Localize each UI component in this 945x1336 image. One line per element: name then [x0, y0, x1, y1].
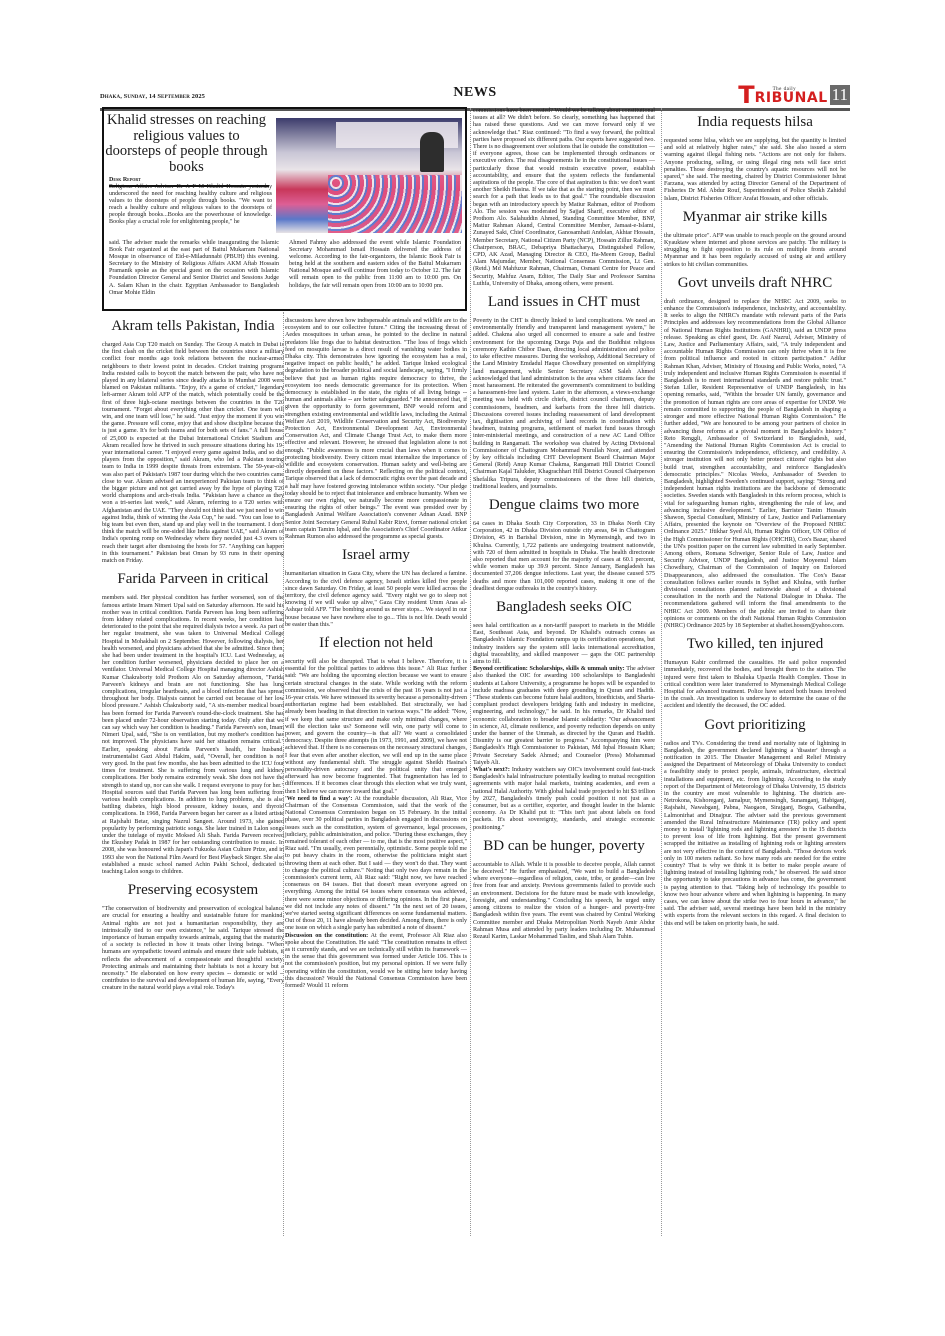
article-dengue-body: 64 cases in Dhaka South City Corporation…	[473, 521, 655, 593]
photo-speaker	[420, 132, 444, 172]
headline-farida: Farida Parveen in critical	[102, 571, 284, 588]
article-ecosystem-continued: discussions have shown how indispensable…	[285, 318, 467, 541]
subhead: Discussion on the constitution:	[285, 933, 368, 939]
subhead: 'We need to find a way':	[285, 796, 352, 802]
logo-wordmark: The dailyRIBUNAL	[755, 91, 828, 105]
column-divider	[470, 108, 471, 1236]
lead-headline: Khalid stresses on reaching religious va…	[104, 113, 269, 175]
article-farida-body: members said. Her physical condition has…	[102, 595, 284, 876]
column-divider	[283, 312, 284, 1236]
headline-dengue: Dengue claims two more	[473, 497, 655, 514]
column-4: India requests hilsa requested some hils…	[664, 108, 846, 928]
article-oic-body: sees halal certification as a non-tariff…	[473, 623, 655, 666]
headline-hunger: BD can be hunger, poverty	[473, 838, 655, 855]
lead-body-2: said. The adviser made the remarks while…	[109, 240, 279, 297]
column-divider	[661, 108, 662, 1236]
article-myanmar-body: the ultimate price". AFP was unable to r…	[664, 233, 846, 269]
article-election-sub2: Discussion on the constitution: At the e…	[285, 933, 467, 991]
headline-hilsa: India requests hilsa	[664, 114, 846, 131]
headline-nhrc: Govt unveils draft NHRC	[664, 275, 846, 292]
article-israel-body: humanitarian situation in Gaza City, whe…	[285, 571, 467, 629]
article-lightning-body: radios and TVs. Considering the trend an…	[664, 741, 846, 928]
article-nhrc-body: draft ordinance, designed to replace the…	[664, 299, 846, 630]
headline-oic: Bangladesh seeks OIC	[473, 599, 655, 616]
masthead: Dhaka, Sunday, 14 September 2025 NEWS T …	[100, 82, 850, 106]
logo-tagline: The daily	[773, 83, 797, 97]
headline-killed: Two killed, ten injured	[664, 636, 846, 653]
column-2: discussions have shown how indispensable…	[285, 318, 467, 990]
headline-lightning: Govt prioritizing	[664, 717, 846, 734]
lead-body-1: Religious Affairs Adviser Dr A F M Khali…	[109, 184, 272, 227]
headline-myanmar: Myanmar air strike kills	[664, 209, 846, 226]
article-ecosystem-body: "The conservation of biodiversity and pr…	[102, 906, 284, 992]
article-election-continued: commissions have been created? Would we …	[473, 108, 655, 288]
article-cht-body: Poverty in the CHT is directly linked to…	[473, 318, 655, 491]
article-oic-sub2: What's next?: Industry watchers say OIC'…	[473, 767, 655, 832]
article-akram-body: charged Asia Cup T20 match on Sunday. Th…	[102, 342, 284, 565]
tribunal-logo: T The dailyRIBUNAL 11	[738, 82, 850, 105]
article-killed-body: Humayun Kabir confirmed the casualties. …	[664, 660, 846, 710]
photo-flowers	[328, 175, 462, 233]
lead-photo	[276, 118, 462, 233]
article-oic-sub1: Beyond certification: Scholarships, skil…	[473, 666, 655, 767]
column-1: Akram tells Pakistan, India charged Asia…	[102, 312, 284, 993]
headline-election: If election not held	[285, 635, 467, 652]
headline-ecosystem: Preserving ecosystem	[102, 882, 284, 899]
headline-cht: Land issues in CHT must	[473, 294, 655, 311]
article-election-body: security will also be disrupted. That is…	[285, 659, 467, 796]
article-hunger-body: accountable to Allah. While it is possib…	[473, 862, 655, 941]
article-hilsa-body: requested some hilsa, which we are suppl…	[664, 138, 846, 203]
column-3: commissions have been created? Would we …	[473, 108, 655, 941]
lead-story: Khalid stresses on reaching religious va…	[102, 107, 467, 311]
subhead: Beyond certification: Scholarships, skil…	[473, 666, 625, 672]
logo-initial: T	[738, 85, 754, 105]
page-number: 11	[830, 85, 850, 105]
headline-israel: Israel army	[285, 547, 467, 564]
article-election-sub1: 'We need to find a way': At the roundtab…	[285, 796, 467, 933]
headline-akram: Akram tells Pakistan, India	[102, 318, 284, 335]
lead-body-3: Ahmed Fahmy also addressed the event whi…	[289, 240, 461, 290]
subhead: What's next?:	[473, 767, 510, 773]
